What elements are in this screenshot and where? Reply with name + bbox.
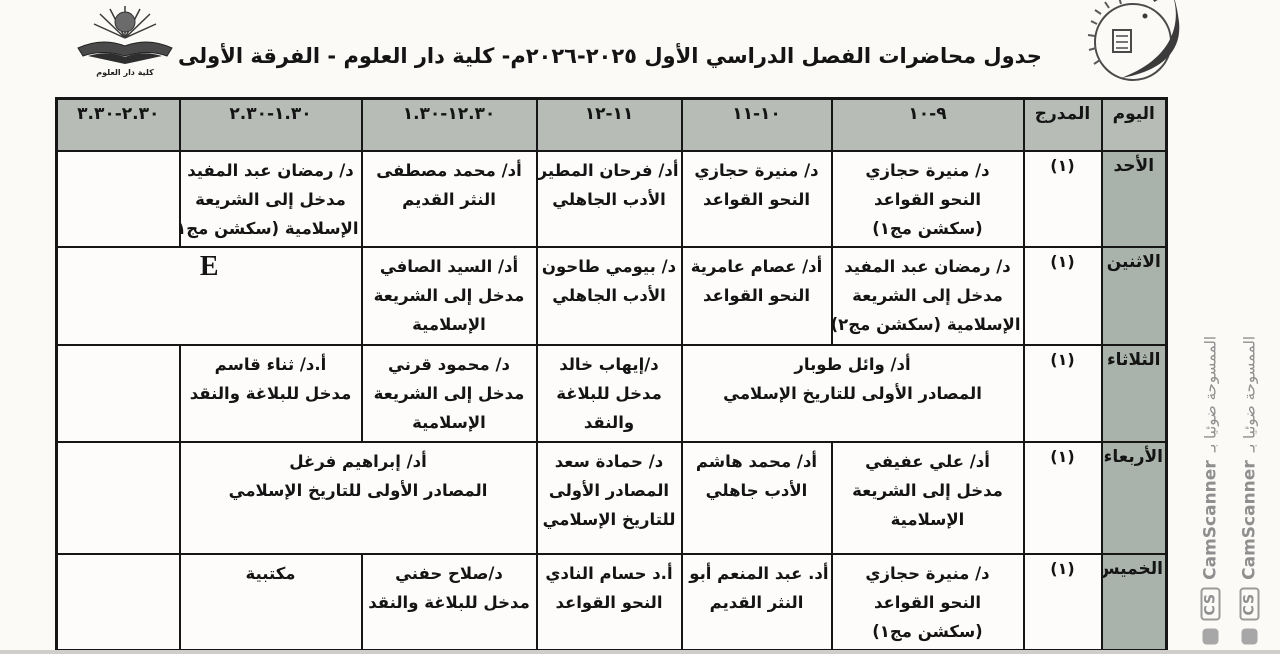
cell-line: مدخل للبلاغة والنقد <box>183 379 359 408</box>
schedule-cell-empty <box>57 345 180 442</box>
cell-line: د/ رمضان عبد المفيد <box>183 156 359 185</box>
schedule-cell: أد/ علي عفيفي مدخل إلى الشريعة الإسلامية <box>832 442 1024 554</box>
cell-line: النحو القواعد <box>835 588 1021 617</box>
header-slot-4: ١.٣٠-٢.٣٠ <box>180 99 362 151</box>
schedule-cell-empty <box>57 151 180 247</box>
camscanner-arabic-text: الممسوحة ضوئيا بـ <box>1202 336 1220 452</box>
header-slot-2: ١١-١٢ <box>537 99 682 151</box>
camscanner-brand-text: CamScanner <box>1201 460 1221 580</box>
schedule-cell-merged: E <box>57 247 362 345</box>
schedule-cell: د/ حمادة سعد المصادر الأولى للتاريخ الإس… <box>537 442 682 554</box>
cell-line: الأدب الجاهلي <box>540 281 679 310</box>
cell-line: أد/ فرحان المطيري <box>540 156 679 185</box>
camscanner-app-icon <box>1242 629 1258 645</box>
schedule-cell: د/ بيومي طاحون الأدب الجاهلي <box>537 247 682 345</box>
cell-line: أد/ عصام عامرية <box>685 252 829 281</box>
camscanner-brand-text: CamScanner <box>1240 460 1260 580</box>
schedule-cell: د/ رمضان عبد المفيد مدخل إلى الشريعة الإ… <box>180 151 362 247</box>
schedule-cell: د/ منيرة حجازي النحو القواعد <box>682 151 832 247</box>
schedule-cell: د/ محمود قرني مدخل إلى الشريعة الإسلامية <box>362 345 537 442</box>
camscanner-app-icon <box>1203 629 1219 645</box>
cell-line: د/ منيرة حجازي <box>685 156 829 185</box>
cell-line: أ.د/ ثناء قاسم <box>183 350 359 379</box>
hall-cell: (١) <box>1024 247 1102 345</box>
cell-line: مدخل إلى الشريعة <box>835 281 1021 310</box>
cell-line: الأدب جاهلي <box>685 476 829 505</box>
schedule-cell: أد/ السيد الصافي مدخل إلى الشريعة الإسلا… <box>362 247 537 345</box>
schedule-cell: د/ منيرة حجازي النحو القواعد (سكشن مج١) <box>832 554 1024 651</box>
cell-line: د/ حمادة سعد <box>540 447 679 476</box>
cell-line: الإسلامية (سكشن مج٢) <box>835 310 1021 339</box>
cell-line: النحو القواعد <box>835 185 1021 214</box>
schedule-cell: أد/ عصام عامرية النحو القواعد <box>682 247 832 345</box>
table-row-sunday: الأحد (١) د/ منيرة حجازي النحو القواعد (… <box>57 151 1167 247</box>
camscanner-arabic-text: الممسوحة ضوئيا بـ <box>1241 336 1259 452</box>
cell-line: أد/ محمد مصطفى <box>365 156 534 185</box>
cell-line: الأدب الجاهلي <box>540 185 679 214</box>
day-cell: الأحد <box>1102 151 1167 247</box>
cell-line: (سكشن مج١) <box>835 617 1021 646</box>
schedule-cell-empty <box>57 554 180 651</box>
schedule-cell: أد/ محمد مصطفى النثر القديم <box>362 151 537 247</box>
cell-line: أد/ وائل طوبار <box>685 350 1021 379</box>
cell-line: مدخل إلى الشريعة <box>365 281 534 310</box>
camscanner-watermark: CS CamScanner الممسوحة ضوئيا بـ <box>1196 290 1226 645</box>
schedule-cell: د/إيهاب خالد مدخل للبلاغة والنقد <box>537 345 682 442</box>
schedule-cell: أ.د/ ثناء قاسم مدخل للبلاغة والنقد <box>180 345 362 442</box>
cell-line: مدخل إلى الشريعة <box>835 476 1021 505</box>
day-cell: الخميس <box>1102 554 1167 651</box>
camscanner-cs-icon: CS <box>1201 588 1221 621</box>
cell-line: الإسلامية <box>365 310 534 339</box>
hall-cell: (١) <box>1024 554 1102 651</box>
schedule-cell: أد. عبد المنعم أبو زيد النثر القديم <box>682 554 832 651</box>
schedule-cell-empty <box>57 442 180 554</box>
cell-line: والنقد <box>540 408 679 437</box>
scan-page-edge <box>0 650 1280 654</box>
schedule-cell: د/ رمضان عبد المفيد مدخل إلى الشريعة الإ… <box>832 247 1024 345</box>
header-day: اليوم <box>1102 99 1167 151</box>
cell-line: مكتبية <box>183 559 359 588</box>
day-cell: الثلاثاء <box>1102 345 1167 442</box>
cell-line: النثر القديم <box>365 185 534 214</box>
cell-line: أد/ السيد الصافي <box>365 252 534 281</box>
cell-line: د/ بيومي طاحون <box>540 252 679 281</box>
cell-line: د/ رمضان عبد المفيد <box>835 252 1021 281</box>
header-slot-5: ٢.٣٠-٣.٣٠ <box>57 99 180 151</box>
cell-line: المصادر الأولى للتاريخ الإسلامي <box>183 476 534 505</box>
cell-line: النحو القواعد <box>685 185 829 214</box>
camscanner-cs-icon: CS <box>1240 588 1260 621</box>
schedule-table: اليوم المدرج ٩-١٠ ١٠-١١ ١١-١٢ ١٢.٣٠-١.٣٠… <box>55 97 1168 652</box>
cell-line: أد/ إبراهيم فرغل <box>183 447 534 476</box>
table-row-thursday: الخميس (١) د/ منيرة حجازي النحو القواعد … <box>57 554 1167 651</box>
hall-cell: (١) <box>1024 151 1102 247</box>
table-row-wednesday: الأربعاء (١) أد/ علي عفيفي مدخل إلى الشر… <box>57 442 1167 554</box>
cell-line: النحو القواعد <box>685 281 829 310</box>
cell-line: مدخل للبلاغة والنقد <box>365 588 534 617</box>
schedule-cell-merged: أد/ وائل طوبار المصادر الأولى للتاريخ ال… <box>682 345 1024 442</box>
cell-line: الإسلامية <box>835 505 1021 534</box>
schedule-cell: أ.د حسام النادي النحو القواعد <box>537 554 682 651</box>
header-hall: المدرج <box>1024 99 1102 151</box>
hall-cell: (١) <box>1024 442 1102 554</box>
day-cell: الأربعاء <box>1102 442 1167 554</box>
cell-line: (سكشن مج١) <box>835 214 1021 243</box>
cell-line: النثر القديم <box>685 588 829 617</box>
table-row-tuesday: الثلاثاء (١) أد/ وائل طوبار المصادر الأو… <box>57 345 1167 442</box>
schedule-cell: أد/ فرحان المطيري الأدب الجاهلي <box>537 151 682 247</box>
cell-line: المصادر الأولى للتاريخ الإسلامي <box>685 379 1021 408</box>
cell-line: أ.د حسام النادي <box>540 559 679 588</box>
cell-line: مدخل إلى الشريعة <box>183 185 359 214</box>
header-row: اليوم المدرج ٩-١٠ ١٠-١١ ١١-١٢ ١٢.٣٠-١.٣٠… <box>57 99 1167 151</box>
schedule-cell: مكتبية <box>180 554 362 651</box>
table-row-monday: الاثنين (١) د/ رمضان عبد المفيد مدخل إلى… <box>57 247 1167 345</box>
day-cell: الاثنين <box>1102 247 1167 345</box>
cell-line: مدخل إلى الشريعة <box>365 379 534 408</box>
schedule-cell: أد/ محمد هاشم الأدب جاهلي <box>682 442 832 554</box>
cell-line: د/صلاح حفني <box>365 559 534 588</box>
schedule-cell: د/ منيرة حجازي النحو القواعد (سكشن مج١) <box>832 151 1024 247</box>
cell-line: د/ منيرة حجازي <box>835 559 1021 588</box>
schedule-cell: د/صلاح حفني مدخل للبلاغة والنقد <box>362 554 537 651</box>
cell-line: أد/ محمد هاشم <box>685 447 829 476</box>
cell-line: أد. عبد المنعم أبو زيد <box>685 559 829 588</box>
cell-line: النحو القواعد <box>540 588 679 617</box>
cell-line: الإسلامية (سكشن مج١) <box>183 214 359 243</box>
cell-line: مدخل للبلاغة <box>540 379 679 408</box>
cell-line: المصادر الأولى <box>540 476 679 505</box>
schedule-cell-merged: أد/ إبراهيم فرغل المصادر الأولى للتاريخ … <box>180 442 537 554</box>
cell-line: د/إيهاب خالد <box>540 350 679 379</box>
cell-line: للتاريخ الإسلامي <box>540 505 679 534</box>
header-slot-1: ١٠-١١ <box>682 99 832 151</box>
hall-cell: (١) <box>1024 345 1102 442</box>
cell-line: د/ منيرة حجازي <box>835 156 1021 185</box>
cell-line: الإسلامية <box>365 408 534 437</box>
cell-line: د/ محمود قرني <box>365 350 534 379</box>
header-slot-3: ١٢.٣٠-١.٣٠ <box>362 99 537 151</box>
header-slot-0: ٩-١٠ <box>832 99 1024 151</box>
camscanner-watermark: CS CamScanner الممسوحة ضوئيا بـ <box>1235 290 1265 645</box>
page-title: جدول محاضرات الفصل الدراسي الأول ٢٠٢٥-٢٠… <box>55 44 1165 68</box>
cell-line: أد/ علي عفيفي <box>835 447 1021 476</box>
